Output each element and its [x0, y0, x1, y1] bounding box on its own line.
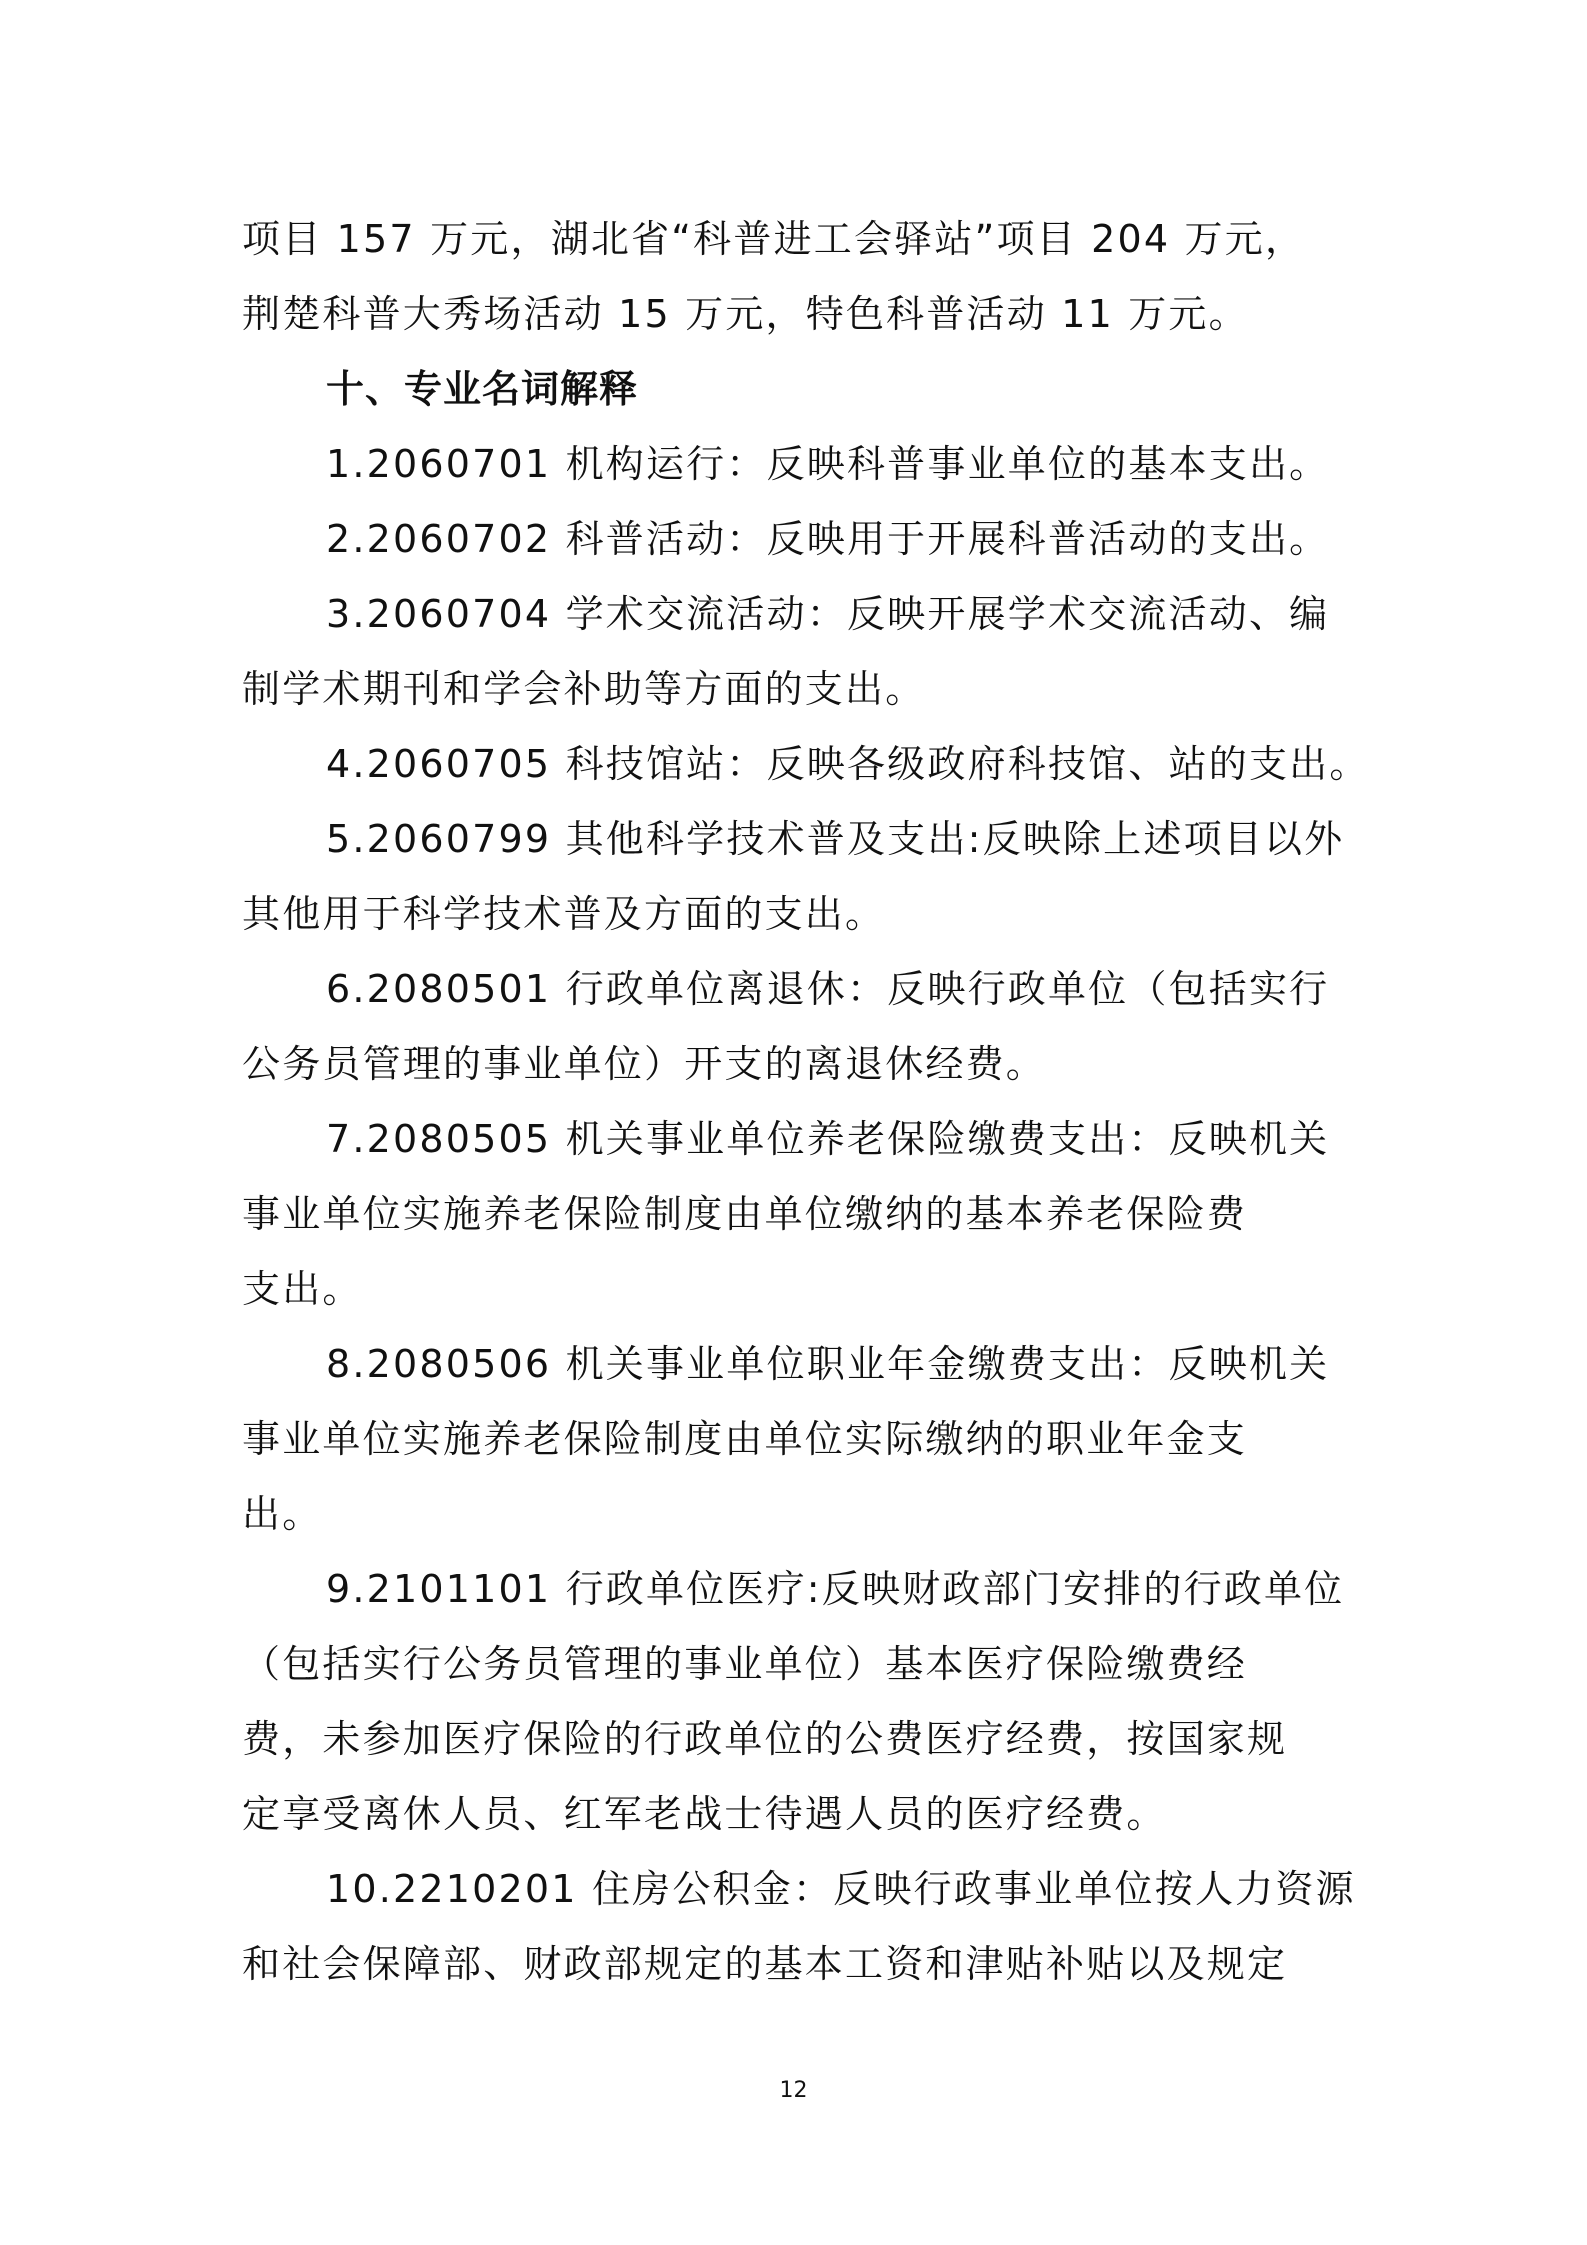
- definition-2: 2.2060702 科普活动：反映用于开展科普活动的支出。: [326, 514, 1350, 564]
- body-text-line: 项目 157 万元，湖北省“科普进工会驿站”项目 204 万元，: [242, 214, 1350, 264]
- document-page: 项目 157 万元，湖北省“科普进工会驿站”项目 204 万元， 荆楚科普大秀场…: [0, 0, 1587, 2245]
- definition-9-continued: 费，未参加医疗保险的行政单位的公费医疗经费，按国家规: [242, 1714, 1350, 1764]
- definition-5: 5.2060799 其他科学技术普及支出:反映除上述项目以外: [326, 814, 1350, 864]
- definition-3: 3.2060704 学术交流活动：反映开展学术交流活动、编: [326, 589, 1350, 639]
- definition-8-continued: 事业单位实施养老保险制度由单位实际缴纳的职业年金支: [242, 1414, 1350, 1464]
- definition-7: 7.2080505 机关事业单位养老保险缴费支出：反映机关: [326, 1114, 1350, 1164]
- definition-8: 8.2080506 机关事业单位职业年金缴费支出：反映机关: [326, 1339, 1350, 1389]
- definition-7-continued: 事业单位实施养老保险制度由单位缴纳的基本养老保险费: [242, 1189, 1350, 1239]
- definition-9-continued: 定享受离休人员、红军老战士待遇人员的医疗经费。: [242, 1789, 1350, 1839]
- section-heading: 十、专业名词解释: [326, 364, 1350, 414]
- definition-3-continued: 制学术期刊和学会补助等方面的支出。: [242, 664, 1350, 714]
- definition-9: 9.2101101 行政单位医疗:反映财政部门安排的行政单位: [326, 1564, 1350, 1614]
- definition-5-continued: 其他用于科学技术普及方面的支出。: [242, 889, 1350, 939]
- definition-4: 4.2060705 科技馆站：反映各级政府科技馆、站的支出。: [326, 739, 1350, 789]
- definition-10-continued: 和社会保障部、财政部规定的基本工资和津贴补贴以及规定: [242, 1939, 1350, 1989]
- definition-7-continued: 支出。: [242, 1264, 1350, 1314]
- body-text-line: 荆楚科普大秀场活动 15 万元，特色科普活动 11 万元。: [242, 289, 1350, 339]
- definition-6-continued: 公务员管理的事业单位）开支的离退休经费。: [242, 1039, 1350, 1089]
- page-number: 12: [0, 2078, 1587, 2103]
- definition-1: 1.2060701 机构运行：反映科普事业单位的基本支出。: [326, 439, 1350, 489]
- definition-9-continued: （包括实行公务员管理的事业单位）基本医疗保险缴费经: [242, 1639, 1350, 1689]
- definition-10: 10.2210201 住房公积金：反映行政事业单位按人力资源: [326, 1864, 1350, 1914]
- definition-8-continued: 出。: [242, 1489, 1350, 1539]
- definition-6: 6.2080501 行政单位离退休：反映行政单位（包括实行: [326, 964, 1350, 1014]
